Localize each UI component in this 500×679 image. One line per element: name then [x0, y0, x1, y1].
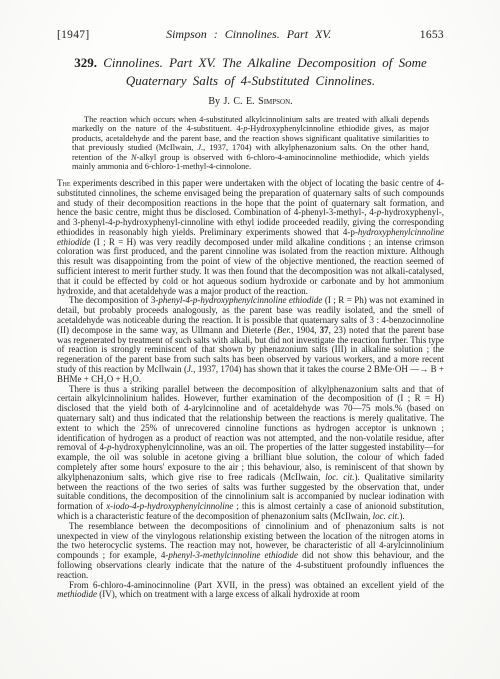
article-body: The experiments described in this paper …: [57, 179, 444, 600]
abstract: The reaction which occurs when 4-substit…: [72, 115, 429, 172]
page-number: 1653: [420, 29, 444, 41]
paragraph: From 6-chloro-4-aminocinnoline (Part XVI…: [57, 581, 444, 601]
journal-page: [1947] Simpson : Cinnolines. Part XV. 16…: [0, 0, 500, 679]
paragraph: The experiments described in this paper …: [57, 179, 444, 297]
article-title: 329. Cinnolines. Part XV. The Alkaline D…: [61, 54, 440, 91]
year-label: [1947]: [57, 29, 89, 41]
running-head: Simpson : Cinnolines. Part XV.: [166, 27, 331, 42]
byline: By J. C. E. Simpson.: [57, 96, 444, 107]
page-header: [1947] Simpson : Cinnolines. Part XV. 16…: [57, 27, 444, 42]
paragraph: The decomposition of 3-phenyl-4-p-hydrox…: [57, 296, 444, 384]
paragraph: There is thus a striking parallel betwee…: [57, 385, 444, 522]
paragraph: The resemblance between the decompositio…: [57, 522, 444, 581]
